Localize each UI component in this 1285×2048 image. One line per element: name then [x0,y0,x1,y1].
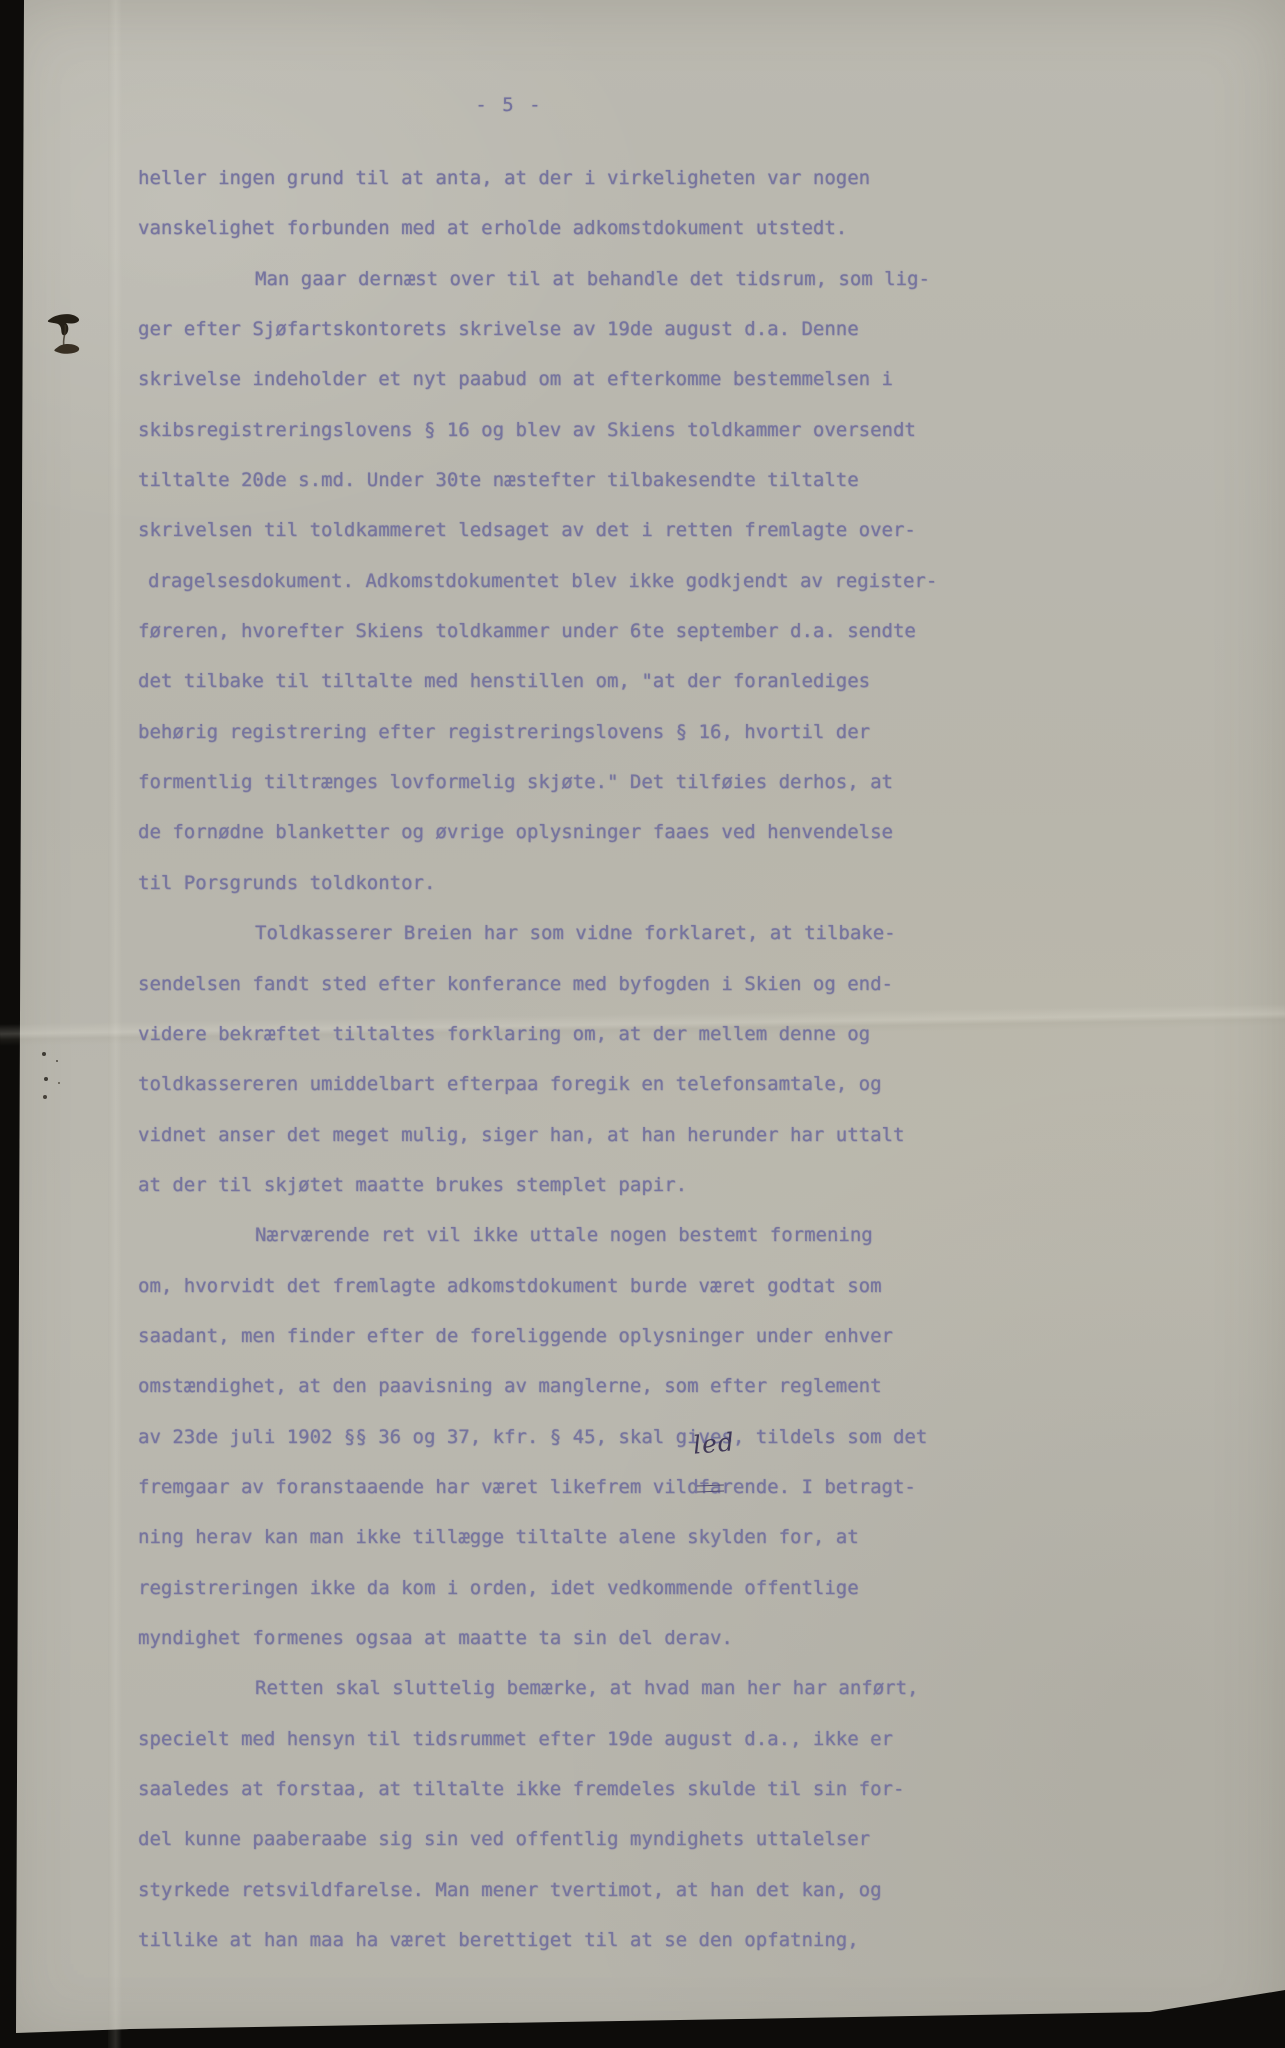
text-line: tiltalte 20de s.md. Under 30te næstefter… [138,455,1198,505]
scanned-document-page: - 5 - heller ingen grund til at anta, at… [0,0,1285,2048]
text-line: skibsregistreringslovens § 16 og blev av… [138,405,1198,455]
struck-text: faled [699,1462,722,1512]
text-line: vanskelighet forbunden med at erholde ad… [138,203,1198,253]
text-line: Retten skal sluttelig bemærke, at hvad m… [138,1663,1198,1713]
text-line: myndighet formenes ogsaa at maatte ta si… [138,1613,1198,1663]
text-line: de fornødne blanketter og øvrige oplysni… [138,807,1198,857]
text-line: del kunne paaberaabe sig sin ved offentl… [138,1814,1198,1864]
text-line: omstændighet, at den paavisning av mangl… [138,1361,1198,1411]
text-line: formentlig tiltrænges lovformelig skjøte… [138,757,1198,807]
text-line: om, hvorvidt det fremlagte adkomstdokume… [138,1261,1198,1311]
line-segment: fremgaar av foranstaaende har været like… [138,1476,699,1498]
text-line: det tilbake til tiltalte med henstillen … [138,656,1198,706]
text-line: behørig registrering efter registrerings… [138,707,1198,757]
text-line: dragelsesdokument. Adkomstdokumentet ble… [138,556,1198,606]
text-line: specielt med hensyn til tidsrummet efter… [138,1714,1198,1764]
text-line: ning herav kan man ikke tillægge tiltalt… [138,1512,1198,1562]
line-segment: rende. I betragt- [721,1476,915,1498]
text-line: føreren, hvorefter Skiens toldkammer und… [138,606,1198,656]
text-line: at der til skjøtet maatte brukes stemple… [138,1160,1198,1210]
text-line: vidnet anser det meget mulig, siger han,… [138,1110,1198,1160]
text-line: registreringen ikke da kom i orden, idet… [138,1563,1198,1613]
text-line: av 23de juli 1902 §§ 36 og 37, kfr. § 45… [138,1412,1198,1462]
text-line: Nærværende ret vil ikke uttale nogen bes… [138,1210,1198,1260]
text-line: sendelsen fandt sted efter konferance me… [138,959,1198,1009]
text-line: saaledes at forstaa, at tiltalte ikke fr… [138,1764,1198,1814]
text-lines: heller ingen grund til at anta, at der i… [138,153,1198,1965]
text-line: fremgaar av foranstaaende har været like… [138,1462,1198,1512]
text-line: toldkassereren umiddelbart efterpaa fore… [138,1059,1198,1109]
handwritten-correction: led [692,1429,736,1458]
text-line: skrivelsen til toldkammeret ledsaget av … [138,505,1198,555]
typewritten-text-layer: - 5 - heller ingen grund til at anta, at… [0,0,1285,2048]
text-line: Man gaar dernæst over til at behandle de… [138,254,1198,304]
text-line: skrivelse indeholder et nyt paabud om at… [138,354,1198,404]
text-line: til Porsgrunds toldkontor. [138,858,1198,908]
text-line: tillike at han maa ha været berettiget t… [138,1915,1198,1965]
text-line: styrkede retsvildfarelse. Man mener tver… [138,1865,1198,1915]
text-line: heller ingen grund til at anta, at der i… [138,153,1198,203]
text-line: ger efter Sjøfartskontorets skrivelse av… [138,304,1198,354]
text-line: videre bekræftet tiltaltes forklaring om… [138,1009,1198,1059]
page-number: - 5 - [138,80,880,130]
text-line: Toldkasserer Breien har som vidne forkla… [138,908,1198,958]
text-line: saadant, men finder efter de foreliggend… [138,1311,1198,1361]
